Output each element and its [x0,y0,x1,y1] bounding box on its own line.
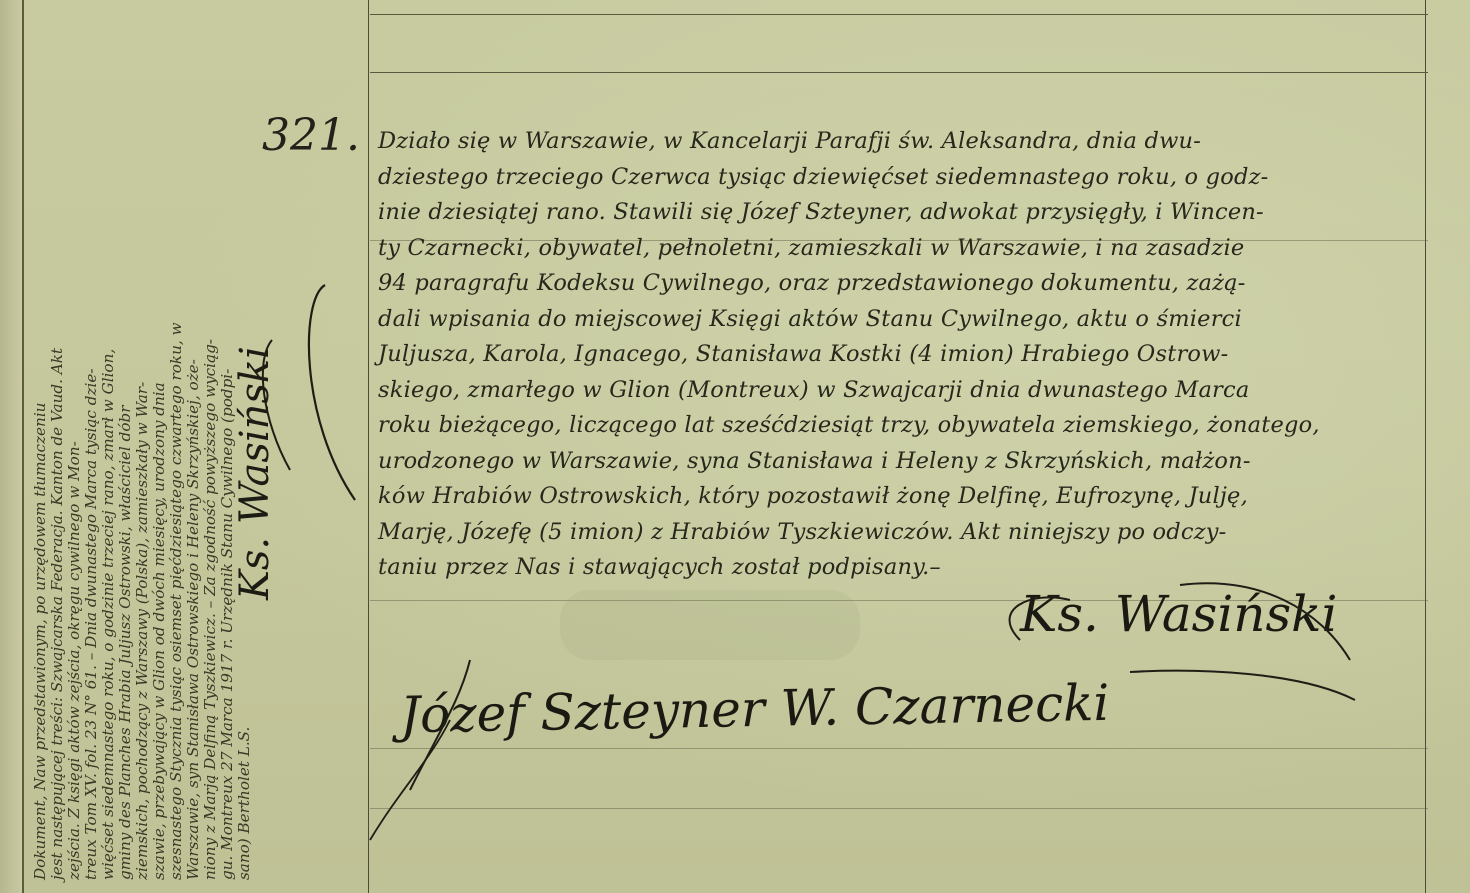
record-line: 94 paragrafu Kodeksu Cywilnego, oraz prz… [378,266,1436,302]
margin-line: szesnastego Stycznia tysiąc osiemset pię… [168,20,185,880]
record-line: urodzonego w Warszawie, syna Stanisława … [378,444,1436,480]
faded-stamp [560,590,860,660]
record-line: Działo się w Warszawie, w Kancelarji Par… [378,124,1436,160]
record-body: Działo się w Warszawie, w Kancelarji Par… [378,124,1436,586]
margin-line: treux Tom XV. fol. 23 N° 61. – Dnia dwun… [83,20,100,880]
record-line: Juljusza, Karola, Ignacego, Stanisława K… [378,337,1436,373]
ruled-line [370,808,1428,809]
margin-annotation: Dokument, Naw przedstawionym, po urzędow… [32,20,237,880]
margin-line: jest następującej treści: Szwajcarska Fe… [49,20,66,880]
record-line: ków Hrabiów Ostrowskich, który pozostawi… [378,479,1436,515]
margin-line: niony z Marją Delfiną Tyszkiewicz. – Za … [202,20,219,880]
record-line: skiego, zmarłego w Glion (Montreux) w Sz… [378,373,1436,409]
ruled-line [370,14,1428,15]
record-line: Marję, Józefę (5 imion) z Hrabiów Tyszki… [378,515,1436,551]
margin-line: ziemskich, pochodzący z Warszawy (Polska… [134,20,151,880]
margin-line: gminy des Planches Hrabia Juljusz Ostrow… [117,20,134,880]
margin-line: szawie, przebywający w Glion od dwóch mi… [151,20,168,880]
ruled-line [370,72,1428,73]
record-line: dziestego trzeciego Czerwca tysiąc dziew… [378,160,1436,196]
record-line: roku bieżącego, liczącego lat sześćdzies… [378,408,1436,444]
record-line: ty Czarnecki, obywatel, pełnoletni, zami… [378,231,1436,267]
ledger-page: Dokument, Naw przedstawionym, po urzędow… [0,0,1470,893]
margin-line: Warszawie, syn Stanisława Ostrowskiego i… [185,20,202,880]
column-divider-left [368,0,369,893]
margin-line: zejścia. Z księgi aktów zejścia, okręgu … [66,20,83,880]
margin-line: Dokument, Naw przedstawionym, po urzędow… [32,20,49,880]
record-line: taniu przez Nas i stawających został pod… [378,550,1436,586]
record-line: inie dziesiątej rano. Stawili się Józef … [378,195,1436,231]
record-line: dali wpisania do miejscowej Księgi aktów… [378,302,1436,338]
entry-number: 321. [262,110,360,161]
registrar-signature: Ks. Wasiński [1020,585,1337,643]
book-gutter [0,0,24,893]
margin-annotation-column: Dokument, Naw przedstawionym, po urzędow… [22,0,242,893]
margin-signature: Ks. Wasiński [232,346,278,600]
margin-line: więćset siedemnastego roku, o godzinie t… [100,20,117,880]
ruled-line [370,748,1428,749]
witness-signatures: Józef Szteyner W. Czarnecki [400,674,1110,744]
